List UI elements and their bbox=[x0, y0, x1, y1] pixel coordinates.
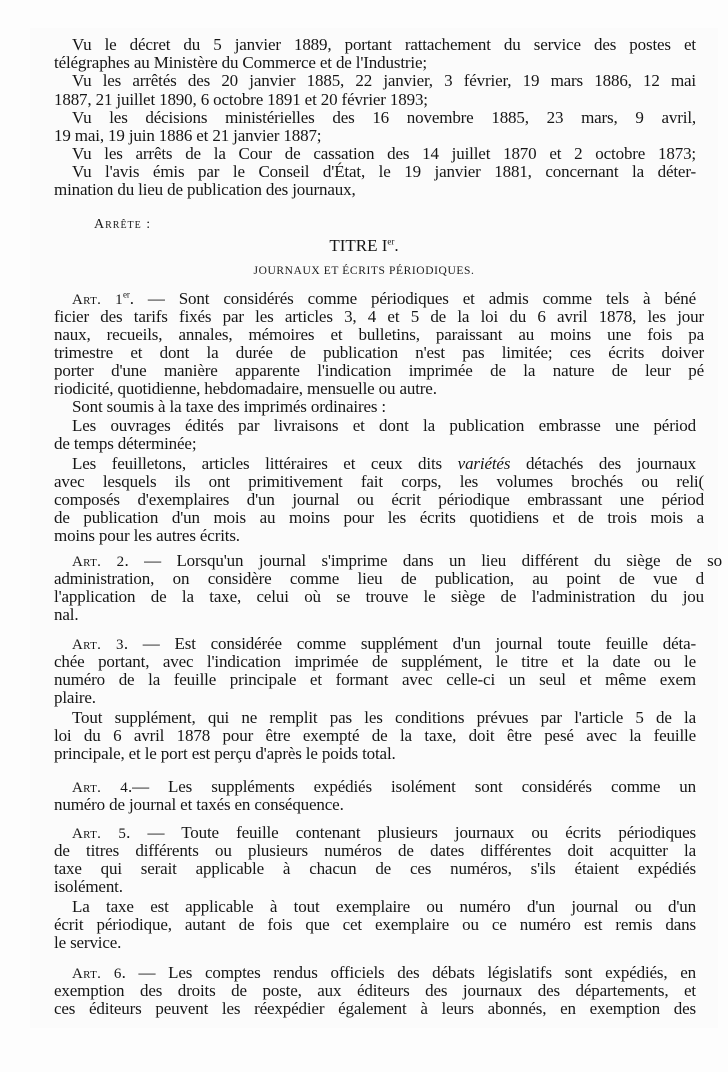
article-line: plaire. bbox=[54, 689, 696, 707]
preamble-line: Vu les arrêtés des 20 janvier 1885, 22 j… bbox=[72, 72, 696, 90]
article-label: Art. 5 bbox=[72, 826, 126, 842]
article-line: de temps déterminée; bbox=[54, 435, 696, 453]
article-line: principale, et le port est perçu d'après… bbox=[54, 745, 696, 763]
article-line: numéro de la feuille principale et forma… bbox=[54, 671, 696, 689]
article-line: ces éditeurs peuvent les réexpédier égal… bbox=[54, 1000, 696, 1018]
article-line: riodicité, quotidienne, hebdomadaire, me… bbox=[54, 380, 696, 398]
arrete-heading: Arrête : bbox=[94, 217, 151, 233]
article-label: Art. 6 bbox=[72, 966, 122, 982]
article-line: de publication d'un mois au moins pour l… bbox=[54, 509, 704, 527]
article-line: Les feuilletons, articles littéraires et… bbox=[72, 455, 696, 473]
document-page: Vu le décret du 5 janvier 1889, portant … bbox=[0, 0, 728, 1072]
article-line: moins pour les autres écrits. bbox=[54, 527, 696, 545]
article-line: écrit périodique, autant de fois que cet… bbox=[54, 916, 696, 934]
article-label: Art. 4 bbox=[72, 780, 128, 796]
article-line: trimestre et dont la durée de publicatio… bbox=[54, 344, 704, 362]
article-line: Tout supplément, qui ne remplit pas les … bbox=[72, 709, 696, 727]
article-line: isolément. bbox=[54, 878, 696, 896]
article-line: Sont soumis à la taxe des imprimés ordin… bbox=[72, 398, 696, 416]
titre-heading: TITRE Ier. bbox=[0, 236, 728, 256]
preamble-line: Vu les arrêts de la Cour de cassation de… bbox=[72, 145, 696, 163]
article-line: administration, on considère comme lieu … bbox=[54, 570, 704, 588]
preamble-line: Vu le décret du 5 janvier 1889, portant … bbox=[72, 36, 696, 54]
article-line: numéro de journal et taxés en conséquenc… bbox=[54, 796, 696, 814]
article-label: Art. 3 bbox=[72, 637, 124, 653]
preamble-line: télégraphes au Ministère du Commerce et … bbox=[54, 54, 696, 72]
article-line: le service. bbox=[54, 934, 696, 952]
article-line: La taxe est applicable à tout exemplaire… bbox=[72, 898, 696, 916]
preamble-line: 19 mai, 19 juin 1886 et 21 janvier 1887; bbox=[54, 127, 696, 145]
preamble-line: Vu les décisions ministérielles des 16 n… bbox=[72, 109, 696, 127]
article-line: exemption des droits de poste, aux édite… bbox=[54, 982, 696, 1000]
article-line: chée portant, avec l'indication imprimée… bbox=[54, 653, 696, 671]
article-line: naux, recueils, annales, mémoires et bul… bbox=[54, 326, 704, 344]
article-line: porter d'une manière apparente l'indicat… bbox=[54, 362, 704, 380]
article-line: avec lesquels ils ont primitivement fait… bbox=[54, 473, 704, 491]
article-line: l'application de la taxe, celui où se tr… bbox=[54, 588, 704, 606]
article-line: ficier des tarifs fixés par les articles… bbox=[54, 308, 704, 326]
section-subtitle: JOURNAUX ET ÉCRITS PÉRIODIQUES. bbox=[0, 265, 728, 277]
article-line: nal. bbox=[54, 606, 696, 624]
article-line: composés d'exemplaires d'un journal ou é… bbox=[54, 491, 704, 509]
article-line: loi du 6 avril 1878 pour être exempté de… bbox=[54, 727, 696, 745]
preamble-line: Vu l'avis émis par le Conseil d'État, le… bbox=[72, 163, 696, 181]
article-line: taxe qui serait applicable à chacun de c… bbox=[54, 860, 696, 878]
article-line: de titres différents ou plusieurs numéro… bbox=[54, 842, 696, 860]
article-line: Les ouvrages édités par livraisons et do… bbox=[72, 417, 696, 435]
article-label: Art. 1 bbox=[72, 292, 123, 308]
preamble-line: mination du lieu de publication des jour… bbox=[54, 181, 696, 199]
article-label: Art. 2 bbox=[72, 554, 124, 570]
preamble-line: 1887, 21 juillet 1890, 6 octobre 1891 et… bbox=[54, 91, 696, 109]
